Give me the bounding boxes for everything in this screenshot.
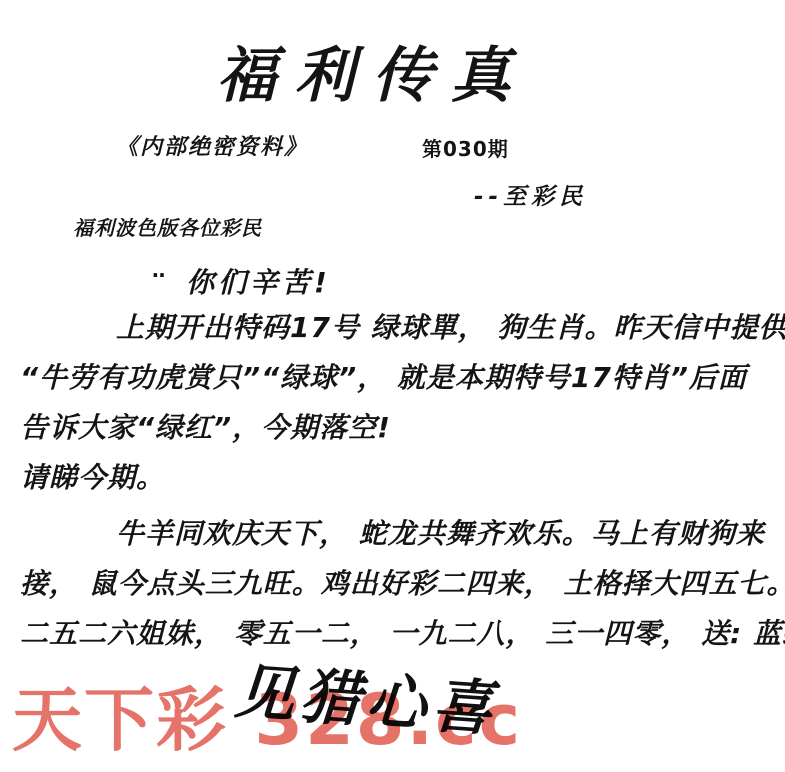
document-title: 福利传真 bbox=[0, 28, 785, 114]
site-watermark: 天下彩 328.cc bbox=[12, 664, 522, 765]
issue-number: 第030期 bbox=[422, 133, 509, 162]
dedication-line: --至彩民 bbox=[474, 178, 587, 211]
classification-label: 《内部绝密资料》 bbox=[116, 130, 308, 161]
salute-prefix-dots: ‥ bbox=[152, 258, 169, 282]
paragraph1-line: 告诉大家“绿红”，今期落空! bbox=[20, 403, 770, 453]
body-text: 上期开出特码17号 绿球單， 狗生肖。昨天信中提供 “牛劳有功虎赏只”“绿球”，… bbox=[20, 303, 770, 659]
paragraph2-line: 牛羊同欢庆天下， 蛇龙共舞齐欢乐。马上有财狗来 bbox=[20, 509, 770, 559]
paragraph1-line: 请睇今期。 bbox=[20, 453, 770, 503]
footer-area: 见猎心喜 天下彩 328.cc bbox=[0, 638, 785, 772]
greeting-line: 福利波色版各位彩民 bbox=[73, 212, 262, 241]
paragraph2-line: 接， 鼠今点头三九旺。鸡出好彩二四来， 土格择大四五七。 bbox=[20, 559, 770, 609]
paragraph1-line: “牛劳有功虎赏只”“绿球”， 就是本期特号17特肖”后面 bbox=[20, 353, 770, 403]
fax-document-page: 福利传真 《内部绝密资料》 第030期 --至彩民 福利波色版各位彩民 ‥ 你们… bbox=[0, 0, 785, 772]
paragraph1-line: 上期开出特码17号 绿球單， 狗生肖。昨天信中提供 bbox=[20, 303, 770, 353]
salute-line: 你们辛苦! bbox=[186, 261, 331, 301]
